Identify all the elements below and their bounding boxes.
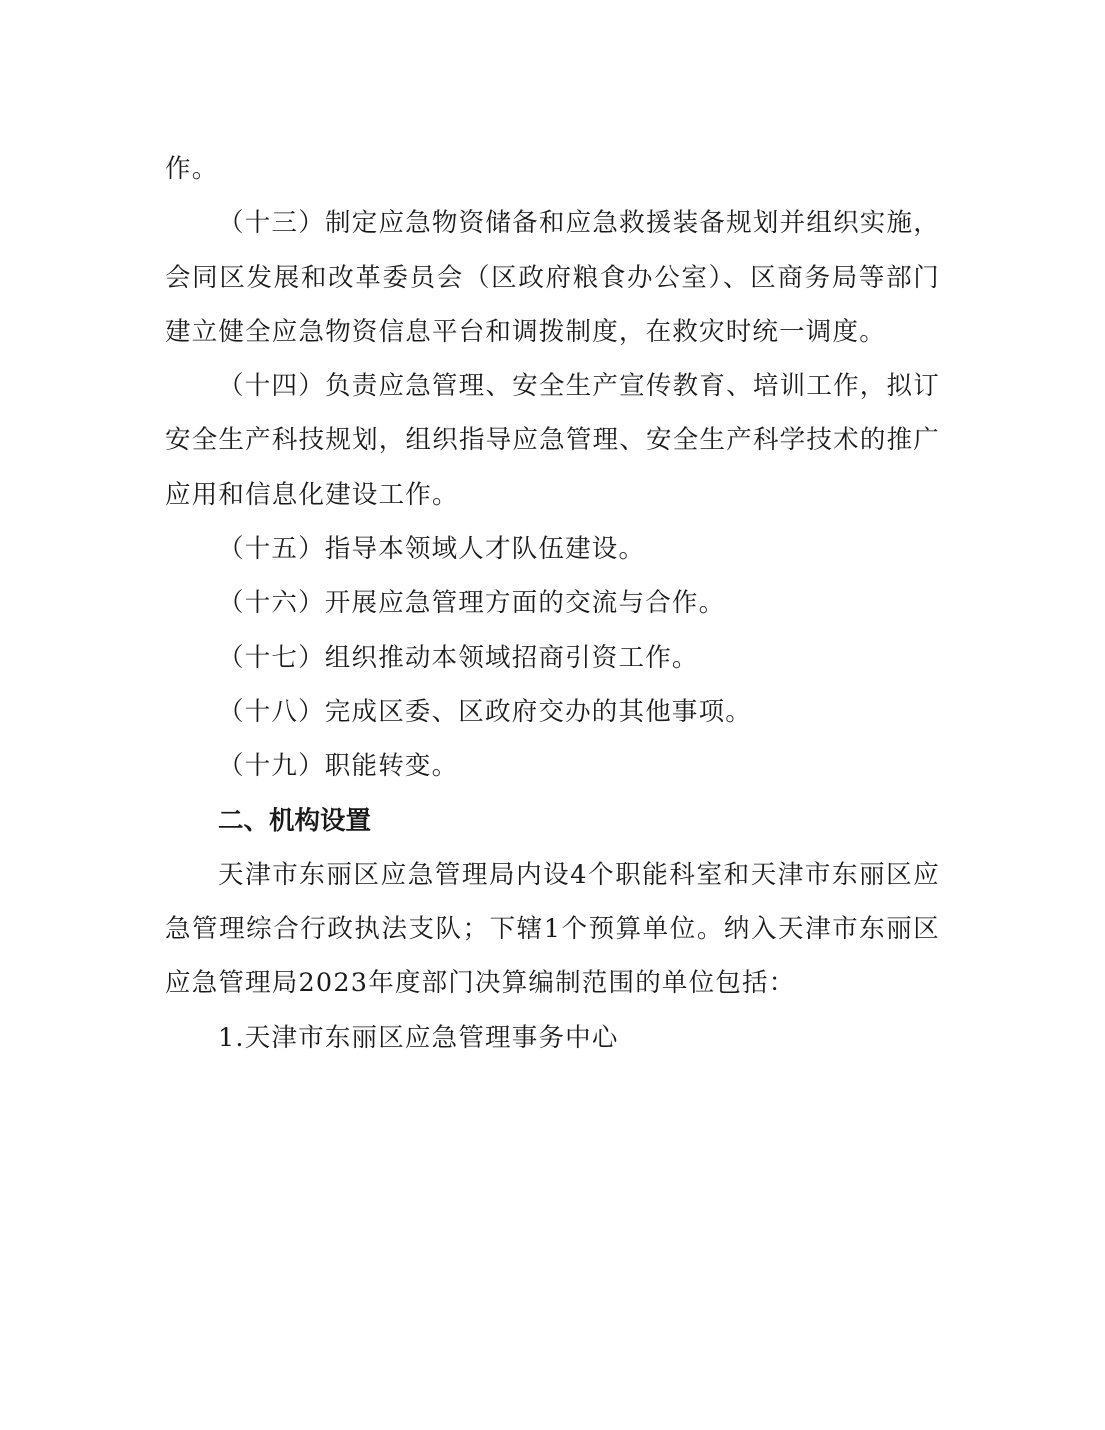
unit-list-item: 1.天津市东丽区应急管理事务中心 xyxy=(165,1011,945,1065)
paragraph-item-13-line-1: （十三）制定应急物资储备和应急救援装备规划并组织实施， xyxy=(165,196,940,250)
document-page: 作。 （十三）制定应急物资储备和应急救援装备规划并组织实施， 会同区发展和改革委… xyxy=(165,142,945,1065)
paragraph-item-15: （十五）指导本领域人才队伍建设。 xyxy=(165,522,945,576)
paragraph-item-14-line-2: 安全生产科技规划，组织指导应急管理、安全生产科学技术的推广 xyxy=(165,413,940,467)
paragraph-item-13-line-2: 会同区发展和改革委员会（区政府粮食办公室）、区商务局等部门 xyxy=(165,251,940,305)
paragraph-item-19: （十九）职能转变。 xyxy=(165,739,945,793)
section-body-line-3: 应急管理局2023年度部门决算编制范围的单位包括： xyxy=(165,956,945,1010)
paragraph-item-14-line-3: 应用和信息化建设工作。 xyxy=(165,468,945,522)
paragraph-item-18: （十八）完成区委、区政府交办的其他事项。 xyxy=(165,685,945,739)
section-body-line-1: 天津市东丽区应急管理局内设4个职能科室和天津市东丽区应 xyxy=(165,848,940,902)
paragraph-item-17: （十七）组织推动本领域招商引资工作。 xyxy=(165,631,945,685)
paragraph-item-14-line-1: （十四）负责应急管理、安全生产宣传教育、培训工作，拟订 xyxy=(165,359,940,413)
paragraph-item-16: （十六）开展应急管理方面的交流与合作。 xyxy=(165,576,945,630)
section-heading: 二、机构设置 xyxy=(165,794,945,848)
section-body-line-2: 急管理综合行政执法支队；下辖1个预算单位。纳入天津市东丽区 xyxy=(165,902,940,956)
paragraph-item-13-line-3: 建立健全应急物资信息平台和调拨制度，在救灾时统一调度。 xyxy=(165,305,945,359)
paragraph-continuation: 作。 xyxy=(165,142,945,196)
